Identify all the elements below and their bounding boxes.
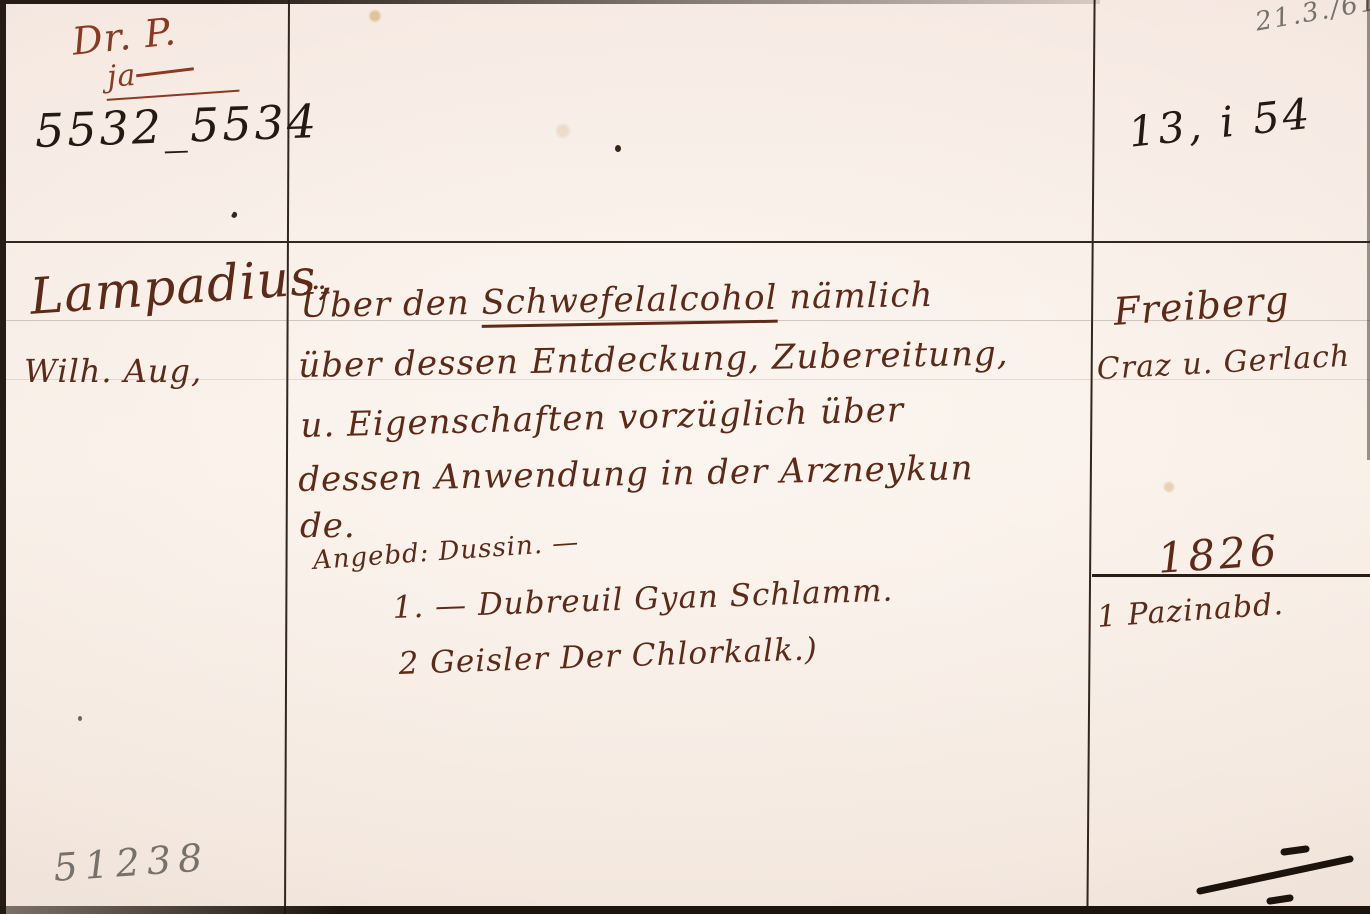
title-underlined-word: Schwefelalcohol [481, 278, 778, 328]
division-slash-mark-icon [1188, 843, 1368, 907]
title-line-1: Über den Schwefelalcohol nämlich [300, 275, 934, 326]
ink-speck [78, 716, 82, 721]
title-line-1-pre: Über den [300, 283, 482, 326]
imprint-place: Freiberg [1112, 278, 1291, 334]
ink-speck [231, 211, 238, 219]
author-forenames: Wilh. Aug, [24, 352, 202, 390]
classmark-red-ink-second: ja [104, 51, 240, 101]
title-line-1-post: nämlich [777, 275, 934, 318]
accession-number-range: 5532_5534 [34, 94, 320, 158]
title-line-2: über dessen Entdeckung, Zubereitung, [298, 334, 1009, 386]
flourish-stroke [136, 67, 194, 77]
scan-edge-top [0, 0, 1100, 4]
shelfmark: 13, i 54 [1126, 89, 1314, 157]
vertical-rule-right-column [1086, 0, 1095, 914]
imprint-publisher: Craz u. Gerlach [1096, 339, 1351, 387]
binding-note: 1 Pazinabd. [1096, 587, 1285, 635]
classmark-letters: ja [106, 58, 138, 95]
scan-edge-bottom [0, 906, 1370, 914]
bound-with-item: 1. — Dubreuil Gyan Schlamm. [392, 573, 894, 626]
ink-speck [615, 145, 621, 152]
title-line-5: de. [300, 506, 356, 546]
bound-with-item: 2 Geisler Der Chlorkalk.) [398, 631, 818, 682]
pencil-inventory-number: 51238 [52, 835, 211, 890]
imprint-year: 1826 [1156, 525, 1282, 582]
author-surname: Lampadius, [28, 247, 335, 326]
pencil-date-note: 21.3./61 [1253, 0, 1370, 38]
scan-edge-left [0, 0, 6, 914]
title-line-3: u. Eigenschaften vorzüglich über [300, 390, 905, 446]
catalog-card-scan: { "document_type": "handwritten library … [0, 0, 1370, 914]
horizontal-rule-header [0, 241, 1370, 243]
title-line-4: dessen Anwendung in der Arzneykun [298, 448, 974, 500]
